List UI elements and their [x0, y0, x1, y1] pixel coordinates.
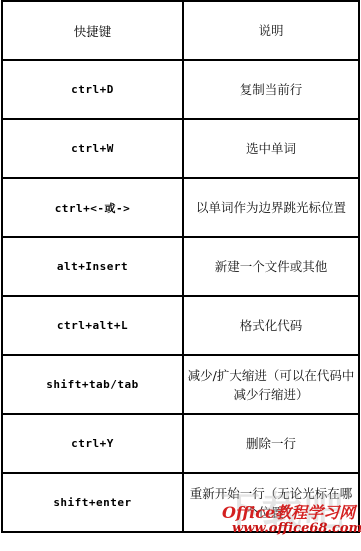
shortcut-cell: ctrl+W: [2, 119, 183, 178]
table-row: shift+enter 重新开始一行（无论光标在哪个位置）: [2, 473, 359, 532]
description-cell: 新建一个文件或其他: [183, 237, 359, 296]
description-cell: 减少/扩大缩进（可以在代码中减少行缩进）: [183, 355, 359, 414]
header-shortcut: 快捷键: [2, 1, 183, 60]
table-header-row: 快捷键 说明: [2, 1, 359, 60]
table-row: ctrl+D 复制当前行: [2, 60, 359, 119]
table-row: ctrl+Y 删除一行: [2, 414, 359, 473]
shortcut-table: 快捷键 说明 ctrl+D 复制当前行 ctrl+W 选中单词 ctrl+<-或…: [1, 0, 360, 533]
shortcut-cell: shift+tab/tab: [2, 355, 183, 414]
shortcut-cell: alt+Insert: [2, 237, 183, 296]
description-cell: 以单词作为边界跳光标位置: [183, 178, 359, 237]
description-cell: 选中单词: [183, 119, 359, 178]
description-cell: 复制当前行: [183, 60, 359, 119]
table-row: ctrl+alt+L 格式化代码: [2, 296, 359, 355]
shortcut-cell: shift+enter: [2, 473, 183, 532]
table-row: ctrl+<-或-> 以单词作为边界跳光标位置: [2, 178, 359, 237]
description-cell: 删除一行: [183, 414, 359, 473]
shortcut-cell: ctrl+Y: [2, 414, 183, 473]
table-row: ctrl+W 选中单词: [2, 119, 359, 178]
table-row: alt+Insert 新建一个文件或其他: [2, 237, 359, 296]
header-description: 说明: [183, 1, 359, 60]
shortcut-cell: ctrl+alt+L: [2, 296, 183, 355]
description-cell: 重新开始一行（无论光标在哪个位置）: [183, 473, 359, 532]
shortcut-cell: ctrl+D: [2, 60, 183, 119]
table-row: shift+tab/tab 减少/扩大缩进（可以在代码中减少行缩进）: [2, 355, 359, 414]
description-cell: 格式化代码: [183, 296, 359, 355]
shortcut-cell: ctrl+<-或->: [2, 178, 183, 237]
